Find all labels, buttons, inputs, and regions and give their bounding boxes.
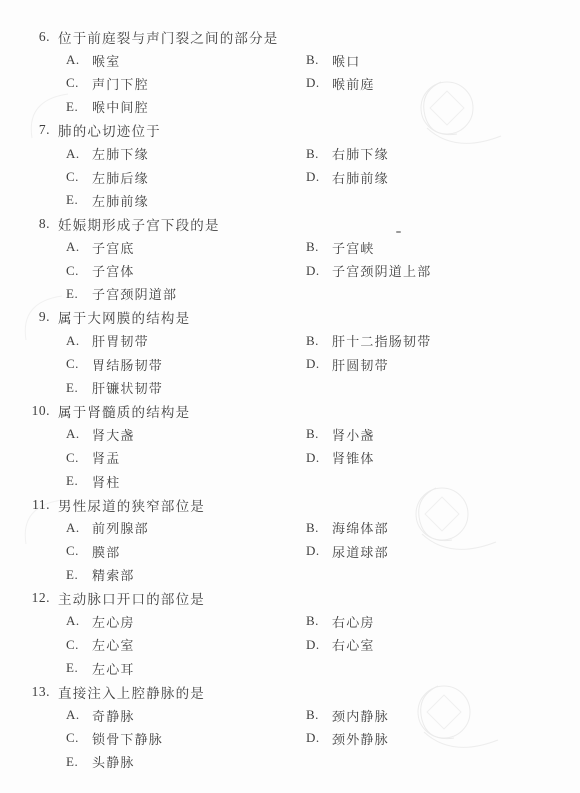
option-c: C.肾盂 xyxy=(66,446,306,469)
option-text: 肝十二指肠韧带 xyxy=(332,331,431,350)
option-text: 尿道球部 xyxy=(332,542,389,561)
option-e: E.头静脉 xyxy=(66,750,306,773)
question-number: 6. xyxy=(0,29,50,45)
option-c: C.左心室 xyxy=(66,633,306,656)
option-empty xyxy=(306,750,580,773)
option-d: D.肾锥体 xyxy=(306,446,580,469)
option-text: 子宫峡 xyxy=(332,238,375,257)
option-label: C. xyxy=(66,356,92,372)
option-empty xyxy=(306,469,580,492)
options: A.肝胃韧带 B.肝十二指肠韧带 C.胃结肠韧带 D.肝圆韧带 E.肝镰状韧带 xyxy=(0,329,580,399)
option-text: 肝镰状韧带 xyxy=(92,378,163,397)
question-12: 12. 主动脉口开口的部位是 A.左心房 B.右心房 C.左心室 D.右心室 E… xyxy=(0,586,580,680)
question-number: 8. xyxy=(0,216,50,232)
question-13: 13. 直接注入上腔静脉的是 A.奇静脉 B.颈内静脉 C.锁骨下静脉 D.颈外… xyxy=(0,680,580,774)
option-label: E. xyxy=(66,380,92,396)
question-stem: 10. 属于肾髓质的结构是 xyxy=(0,399,580,422)
option-label: B. xyxy=(306,239,332,255)
option-label: E. xyxy=(66,286,92,302)
option-text: 右心室 xyxy=(332,635,375,654)
option-label: A. xyxy=(66,146,92,162)
option-label: A. xyxy=(66,707,92,723)
question-text: 主动脉口开口的部位是 xyxy=(58,588,205,608)
question-10: 10. 属于肾髓质的结构是 A.肾大盏 B.肾小盏 C.肾盂 D.肾锥体 E.肾… xyxy=(0,399,580,493)
option-text: 颈外静脉 xyxy=(332,729,389,748)
option-text: 肾锥体 xyxy=(332,448,375,467)
option-text: 喉中间腔 xyxy=(92,97,149,116)
option-label: E. xyxy=(66,192,92,208)
option-text: 颈内静脉 xyxy=(332,706,389,725)
option-text: 肾大盏 xyxy=(92,425,135,444)
option-text: 奇静脉 xyxy=(92,706,135,725)
question-number: 11. xyxy=(0,497,50,513)
option-a: A.肾大盏 xyxy=(66,423,306,446)
options: A.子宫底 B.子宫峡 C.子宫体 D.子宫颈阴道上部 E.子宫颈阴道部 xyxy=(0,236,580,306)
option-text: 右肺下缘 xyxy=(332,144,389,163)
question-number: 7. xyxy=(0,122,50,138)
question-9: 9. 属于大网膜的结构是 A.肝胃韧带 B.肝十二指肠韧带 C.胃结肠韧带 D.… xyxy=(0,306,580,400)
option-e: E.肝镰状韧带 xyxy=(66,376,306,399)
option-text: 右肺前缘 xyxy=(332,168,389,187)
option-text: 肾柱 xyxy=(92,472,120,491)
option-label: D. xyxy=(306,263,332,279)
option-text: 头静脉 xyxy=(92,752,135,771)
option-c: C.左肺后缘 xyxy=(66,165,306,188)
option-b: B.右心房 xyxy=(306,610,580,633)
question-11: 11. 男性尿道的狭窄部位是 A.前列腺部 B.海绵体部 C.膜部 D.尿道球部… xyxy=(0,493,580,587)
option-c: C.胃结肠韧带 xyxy=(66,352,306,375)
question-stem: 7. 肺的心切迹位于 xyxy=(0,119,580,142)
option-e: E.子宫颈阴道部 xyxy=(66,282,306,305)
option-a: A.肝胃韧带 xyxy=(66,329,306,352)
option-text: 前列腺部 xyxy=(92,518,149,537)
question-text: 妊娠期形成子宫下段的是 xyxy=(58,214,220,234)
option-c: C.子宫体 xyxy=(66,259,306,282)
options: A.肾大盏 B.肾小盏 C.肾盂 D.肾锥体 E.肾柱 xyxy=(0,423,580,493)
question-stem: 8. 妊娠期形成子宫下段的是 xyxy=(0,212,580,235)
option-e: E.左心耳 xyxy=(66,657,306,680)
question-number: 12. xyxy=(0,590,50,606)
option-text: 左肺后缘 xyxy=(92,168,149,187)
option-d: D.肝圆韧带 xyxy=(306,352,580,375)
option-label: A. xyxy=(66,52,92,68)
option-text: 左肺前缘 xyxy=(92,191,149,210)
question-text: 直接注入上腔静脉的是 xyxy=(58,682,205,702)
option-d: D.喉前庭 xyxy=(306,72,580,95)
option-label: E. xyxy=(66,754,92,770)
option-text: 左心室 xyxy=(92,635,135,654)
question-text: 位于前庭裂与声门裂之间的部分是 xyxy=(58,27,279,47)
option-text: 左心房 xyxy=(92,612,135,631)
option-e: E.左肺前缘 xyxy=(66,189,306,212)
option-text: 子宫颈阴道上部 xyxy=(332,261,431,280)
option-label: C. xyxy=(66,263,92,279)
option-c: C.膜部 xyxy=(66,540,306,563)
option-a: A.喉室 xyxy=(66,48,306,71)
option-label: A. xyxy=(66,426,92,442)
option-b: B.右肺下缘 xyxy=(306,142,580,165)
question-6: 6. 位于前庭裂与声门裂之间的部分是 A.喉室 B.喉口 C.声门下腔 D.喉前… xyxy=(0,25,580,119)
option-label: B. xyxy=(306,333,332,349)
question-number: 13. xyxy=(0,684,50,700)
option-text: 子宫颈阴道部 xyxy=(92,284,177,303)
option-label: B. xyxy=(306,520,332,536)
option-a: A.左心房 xyxy=(66,610,306,633)
options: A.左心房 B.右心房 C.左心室 D.右心室 E.左心耳 xyxy=(0,610,580,680)
options: A.奇静脉 B.颈内静脉 C.锁骨下静脉 D.颈外静脉 E.头静脉 xyxy=(0,703,580,773)
option-b: B.子宫峡 xyxy=(306,236,580,259)
option-text: 精索部 xyxy=(92,565,135,584)
options: A.喉室 B.喉口 C.声门下腔 D.喉前庭 E.喉中间腔 xyxy=(0,48,580,118)
option-label: A. xyxy=(66,333,92,349)
options: A.前列腺部 B.海绵体部 C.膜部 D.尿道球部 E.精索部 xyxy=(0,516,580,586)
option-empty xyxy=(306,282,580,305)
options: A.左肺下缘 B.右肺下缘 C.左肺后缘 D.右肺前缘 E.左肺前缘 xyxy=(0,142,580,212)
option-a: A.奇静脉 xyxy=(66,703,306,726)
option-text: 喉前庭 xyxy=(332,74,375,93)
option-label: D. xyxy=(306,169,332,185)
question-stem: 12. 主动脉口开口的部位是 xyxy=(0,586,580,609)
option-b: B.喉口 xyxy=(306,48,580,71)
option-label: B. xyxy=(306,426,332,442)
option-a: A.前列腺部 xyxy=(66,516,306,539)
question-text: 属于大网膜的结构是 xyxy=(58,307,190,327)
option-empty xyxy=(306,189,580,212)
option-b: B.肾小盏 xyxy=(306,423,580,446)
option-label: A. xyxy=(66,239,92,255)
option-label: D. xyxy=(306,356,332,372)
option-text: 喉室 xyxy=(92,51,120,70)
option-c: C.声门下腔 xyxy=(66,72,306,95)
option-label: E. xyxy=(66,99,92,115)
option-e: E.精索部 xyxy=(66,563,306,586)
option-empty xyxy=(306,95,580,118)
option-d: D.右心室 xyxy=(306,633,580,656)
option-label: C. xyxy=(66,75,92,91)
option-label: B. xyxy=(306,707,332,723)
option-label: D. xyxy=(306,75,332,91)
option-c: C.锁骨下静脉 xyxy=(66,727,306,750)
option-d: D.颈外静脉 xyxy=(306,727,580,750)
option-b: B.海绵体部 xyxy=(306,516,580,539)
question-8: 8. 妊娠期形成子宫下段的是 A.子宫底 B.子宫峡 C.子宫体 D.子宫颈阴道… xyxy=(0,212,580,306)
option-label: C. xyxy=(66,543,92,559)
question-list: 6. 位于前庭裂与声门裂之间的部分是 A.喉室 B.喉口 C.声门下腔 D.喉前… xyxy=(0,25,580,774)
question-stem: 9. 属于大网膜的结构是 xyxy=(0,306,580,329)
option-e: E.喉中间腔 xyxy=(66,95,306,118)
question-text: 属于肾髓质的结构是 xyxy=(58,401,190,421)
question-stem: 13. 直接注入上腔静脉的是 xyxy=(0,680,580,703)
option-text: 声门下腔 xyxy=(92,74,149,93)
question-stem: 6. 位于前庭裂与声门裂之间的部分是 xyxy=(0,25,580,48)
option-text: 左肺下缘 xyxy=(92,144,149,163)
option-label: C. xyxy=(66,637,92,653)
option-label: C. xyxy=(66,450,92,466)
option-label: A. xyxy=(66,520,92,536)
scanned-exam-page: 6. 位于前庭裂与声门裂之间的部分是 A.喉室 B.喉口 C.声门下腔 D.喉前… xyxy=(0,0,580,793)
question-number: 9. xyxy=(0,309,50,325)
option-text: 膜部 xyxy=(92,542,120,561)
option-d: D.尿道球部 xyxy=(306,540,580,563)
option-label: D. xyxy=(306,637,332,653)
option-b: B.肝十二指肠韧带 xyxy=(306,329,580,352)
option-text: 锁骨下静脉 xyxy=(92,729,163,748)
option-text: 肾盂 xyxy=(92,448,120,467)
option-label: E. xyxy=(66,473,92,489)
option-empty xyxy=(306,376,580,399)
option-text: 右心房 xyxy=(332,612,375,631)
option-text: 喉口 xyxy=(332,51,360,70)
option-text: 肝胃韧带 xyxy=(92,331,149,350)
option-d: D.子宫颈阴道上部 xyxy=(306,259,580,282)
option-empty xyxy=(306,563,580,586)
option-label: C. xyxy=(66,730,92,746)
option-text: 胃结肠韧带 xyxy=(92,355,163,374)
question-text: 男性尿道的狭窄部位是 xyxy=(58,495,205,515)
question-text: 肺的心切迹位于 xyxy=(58,120,161,140)
option-text: 肝圆韧带 xyxy=(332,355,389,374)
question-number: 10. xyxy=(0,403,50,419)
question-stem: 11. 男性尿道的狭窄部位是 xyxy=(0,493,580,516)
option-empty xyxy=(306,657,580,680)
question-7: 7. 肺的心切迹位于 A.左肺下缘 B.右肺下缘 C.左肺后缘 D.右肺前缘 E… xyxy=(0,119,580,213)
option-label: D. xyxy=(306,730,332,746)
option-text: 左心耳 xyxy=(92,659,135,678)
option-text: 海绵体部 xyxy=(332,518,389,537)
option-text: 子宫底 xyxy=(92,238,135,257)
option-label: C. xyxy=(66,169,92,185)
option-a: A.左肺下缘 xyxy=(66,142,306,165)
option-label: B. xyxy=(306,146,332,162)
option-label: A. xyxy=(66,613,92,629)
option-label: B. xyxy=(306,52,332,68)
option-label: D. xyxy=(306,450,332,466)
option-a: A.子宫底 xyxy=(66,236,306,259)
option-text: 子宫体 xyxy=(92,261,135,280)
option-label: D. xyxy=(306,543,332,559)
option-d: D.右肺前缘 xyxy=(306,165,580,188)
option-text: 肾小盏 xyxy=(332,425,375,444)
option-label: E. xyxy=(66,660,92,676)
option-b: B.颈内静脉 xyxy=(306,703,580,726)
option-label: B. xyxy=(306,613,332,629)
option-e: E.肾柱 xyxy=(66,469,306,492)
option-label: E. xyxy=(66,567,92,583)
